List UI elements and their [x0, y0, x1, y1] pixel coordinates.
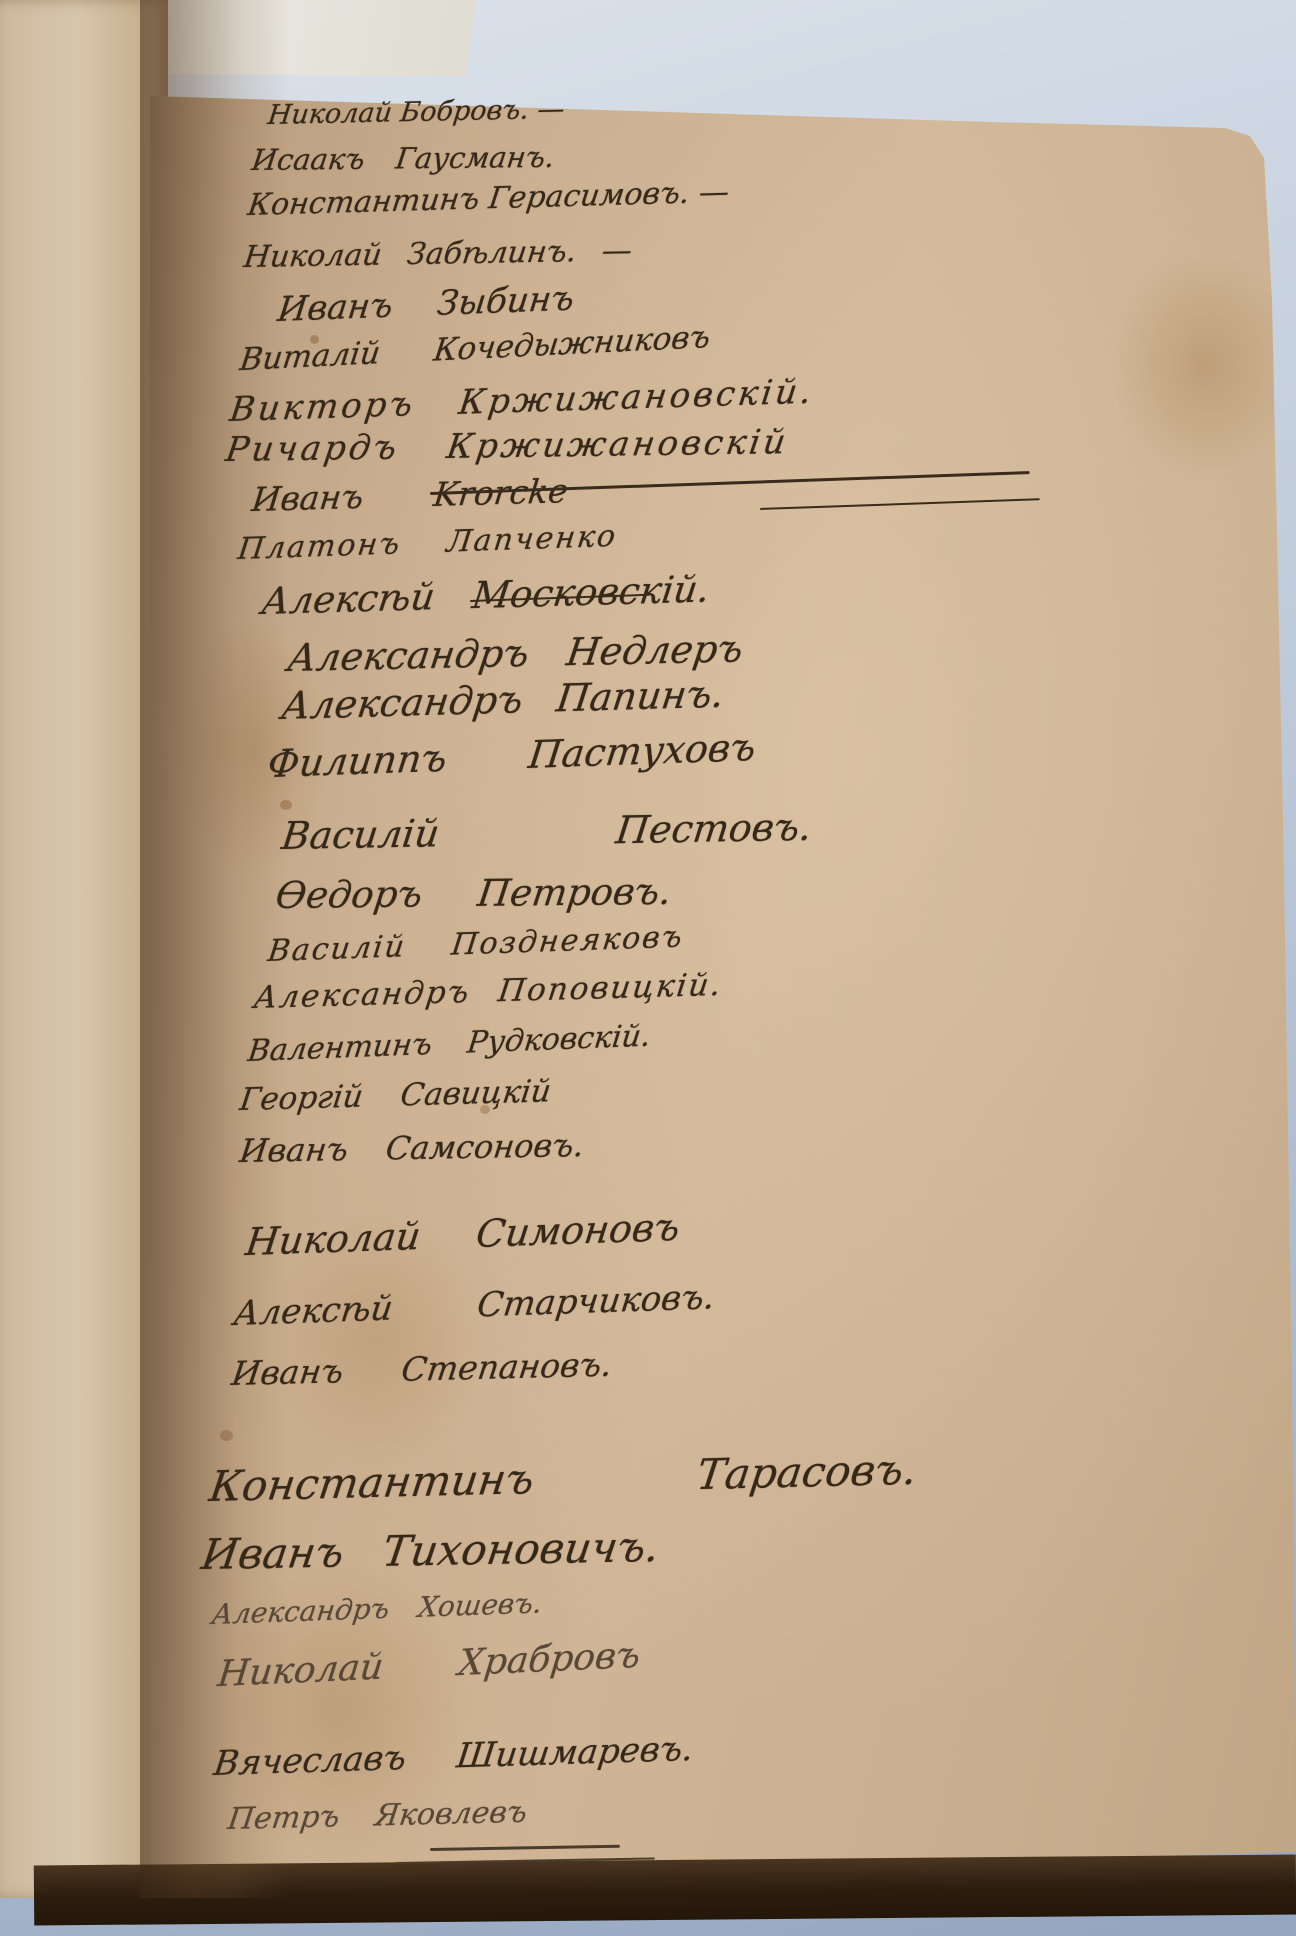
stain	[1110, 250, 1296, 480]
signature-line: Иванъ Самсоновъ.	[238, 1126, 587, 1170]
signature-line: Николай Забѣлинъ. —	[242, 233, 634, 275]
signature-line: Иванъ Тихоновичъ.	[199, 1522, 663, 1579]
photo-of-manuscript: Николай Бобровъ. — Исаакъ Гаусманъ. Конс…	[0, 0, 1296, 1936]
signature-line: Николай Бобровъ. —	[266, 94, 566, 131]
signature-line: Петръ Яковлевъ	[226, 1795, 530, 1837]
signature-line: Исаакъ Гаусманъ.	[250, 140, 557, 177]
signature-line: Василій Пестовъ.	[279, 805, 814, 858]
book-page-stack-edge	[0, 0, 168, 1898]
book-cover-edge	[34, 1854, 1296, 1925]
signature-line: Ѳедоръ Петровъ.	[273, 870, 674, 917]
foxing-spot	[280, 800, 292, 810]
signature-line: Ричардъ Кржижановскій	[223, 422, 791, 470]
foxing-spot	[220, 1430, 233, 1441]
page-corner-behind	[146, 0, 476, 80]
